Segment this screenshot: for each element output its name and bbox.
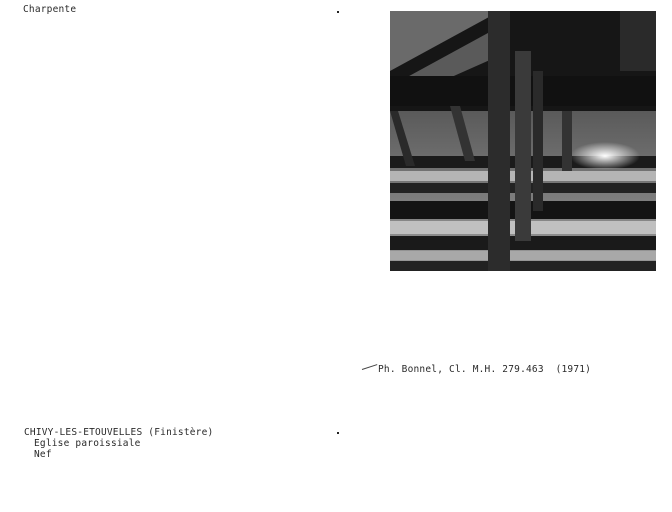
commune-label: CHIVY-LES-ETOUVELLES (Finistère) — [24, 427, 213, 438]
photo-credit: Ph. Bonnel, Cl. M.H. 279.463 (1971) — [378, 364, 591, 375]
building-label: Eglise paroissiale — [34, 438, 141, 449]
part-label: Nef — [34, 449, 52, 460]
leader-line — [362, 364, 378, 370]
registration-mark — [337, 11, 339, 13]
registration-mark — [337, 432, 339, 434]
subject-label: Charpente — [23, 4, 76, 15]
photograph — [390, 11, 656, 271]
